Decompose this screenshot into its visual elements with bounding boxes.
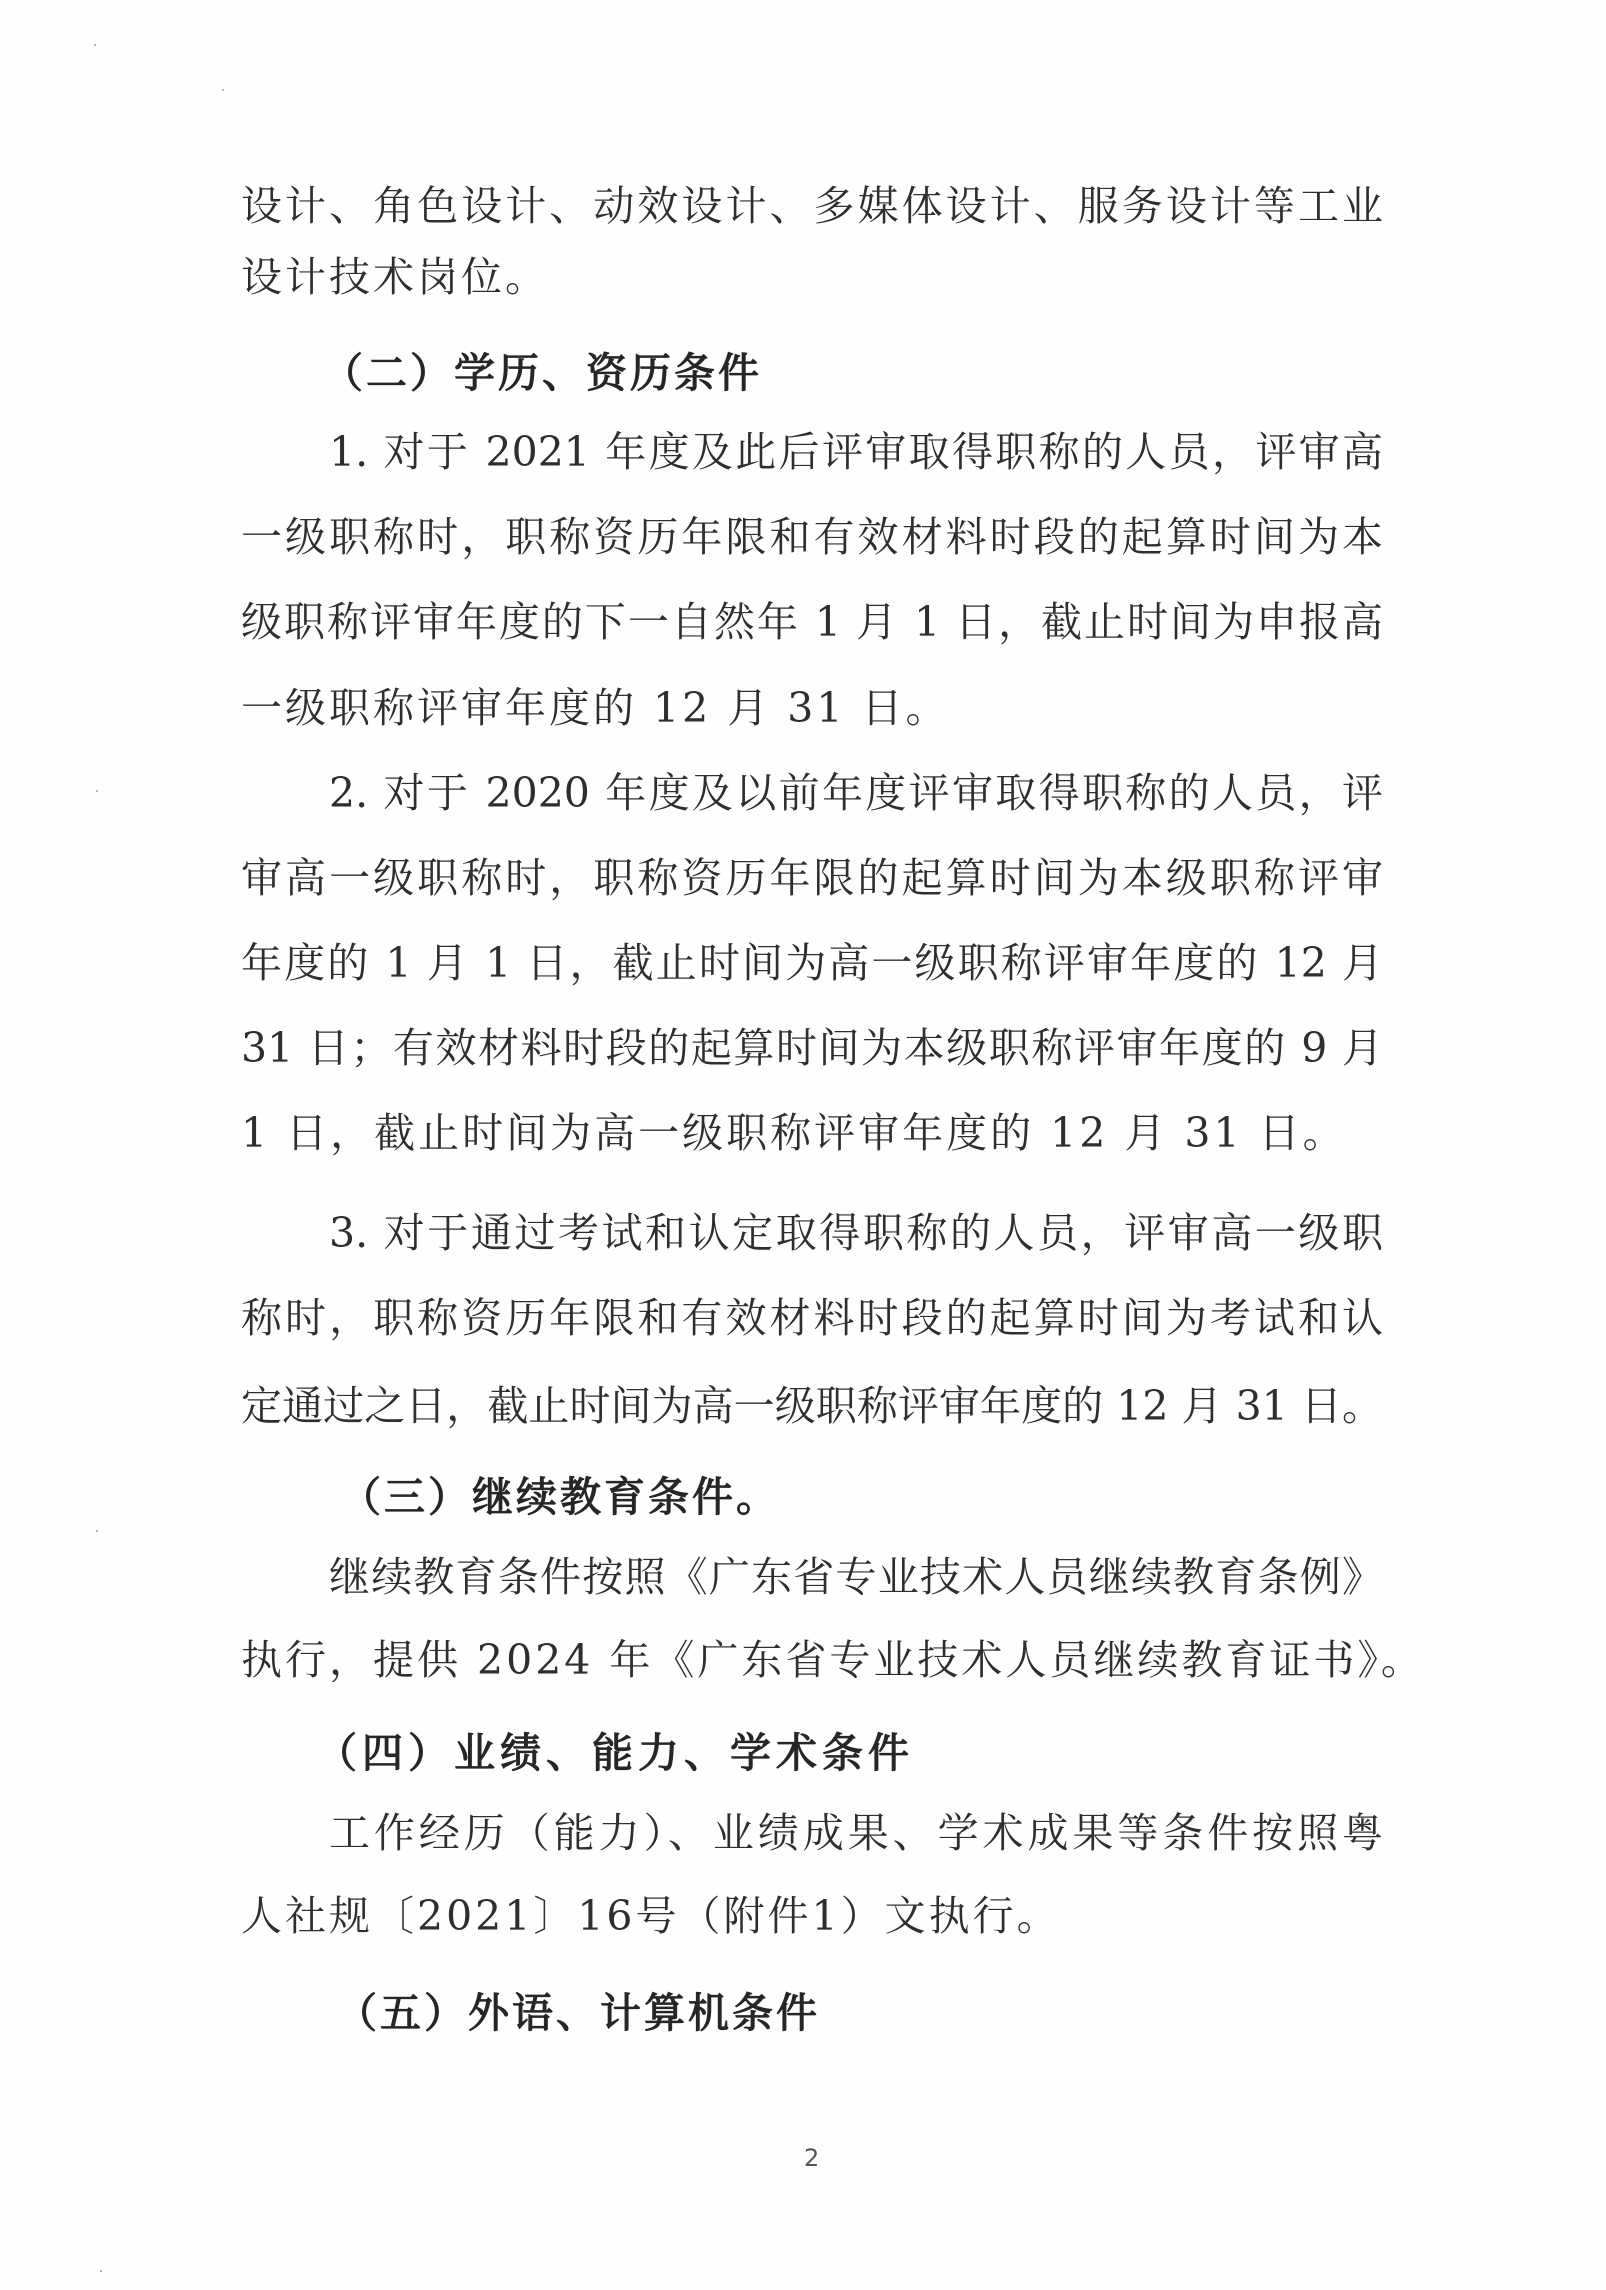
- body-line: 继续教育条件按照《广东省专业技术人员继续教育条例》: [329, 1549, 1383, 1605]
- body-line: 一级职称评审年度的 12 月 31 日。: [241, 680, 1383, 736]
- body-line: 称时，职称资历年限和有效材料时段的起算时间为考试和认: [241, 1290, 1383, 1346]
- section-heading-4: （四）业绩、能力、学术条件: [316, 1725, 914, 1781]
- scan-speck: [94, 44, 96, 46]
- body-line: 级职称评审年度的下一自然年 1 月 1 日，截止时间为申报高: [241, 594, 1383, 650]
- scan-speck: [222, 89, 224, 91]
- body-line: 定通过之日，截止时间为高一级职称评审年度的 12 月 31 日。: [241, 1378, 1383, 1434]
- body-line: 人社规〔2021〕16号（附件1）文执行。: [241, 1888, 1383, 1944]
- scan-speck: [96, 790, 98, 792]
- scan-speck: [96, 1530, 98, 1532]
- page-number: 2: [804, 2144, 819, 2172]
- body-line: 执行，提供 2024 年《广东省专业技术人员继续教育证书》。: [241, 1632, 1383, 1688]
- body-line: 一级职称时，职称资历年限和有效材料时段的起算时间为本: [241, 509, 1383, 565]
- section-heading-3: （三）继续教育条件。: [340, 1469, 780, 1525]
- body-line: 1 日，截止时间为高一级职称评审年度的 12 月 31 日。: [241, 1105, 1383, 1161]
- body-line: 审高一级职称时，职称资历年限的起算时间为本级职称评审: [241, 850, 1383, 906]
- section-heading-2: （二）学历、资历条件: [322, 345, 762, 401]
- body-line: 设计技术岗位。: [241, 249, 1383, 305]
- body-line: 工作经历（能力）、业绩成果、学术成果等条件按照粤: [329, 1805, 1383, 1861]
- scan-speck: [100, 2270, 102, 2272]
- body-line: 3. 对于通过考试和认定取得职称的人员，评审高一级职: [329, 1205, 1383, 1261]
- section-heading-5: （五）外语、计算机条件: [336, 1985, 820, 2041]
- body-line: 2. 对于 2020 年度及以前年度评审取得职称的人员，评: [329, 765, 1383, 821]
- body-line: 年度的 1 月 1 日，截止时间为高一级职称评审年度的 12 月: [241, 935, 1383, 991]
- document-page: 设计、角色设计、动效设计、多媒体设计、服务设计等工业 设计技术岗位。 （二）学历…: [0, 0, 1606, 2290]
- body-line: 设计、角色设计、动效设计、多媒体设计、服务设计等工业: [241, 178, 1383, 234]
- body-line: 1. 对于 2021 年度及此后评审取得职称的人员，评审高: [329, 424, 1383, 480]
- body-line: 31 日；有效材料时段的起算时间为本级职称评审年度的 9 月: [241, 1020, 1383, 1076]
